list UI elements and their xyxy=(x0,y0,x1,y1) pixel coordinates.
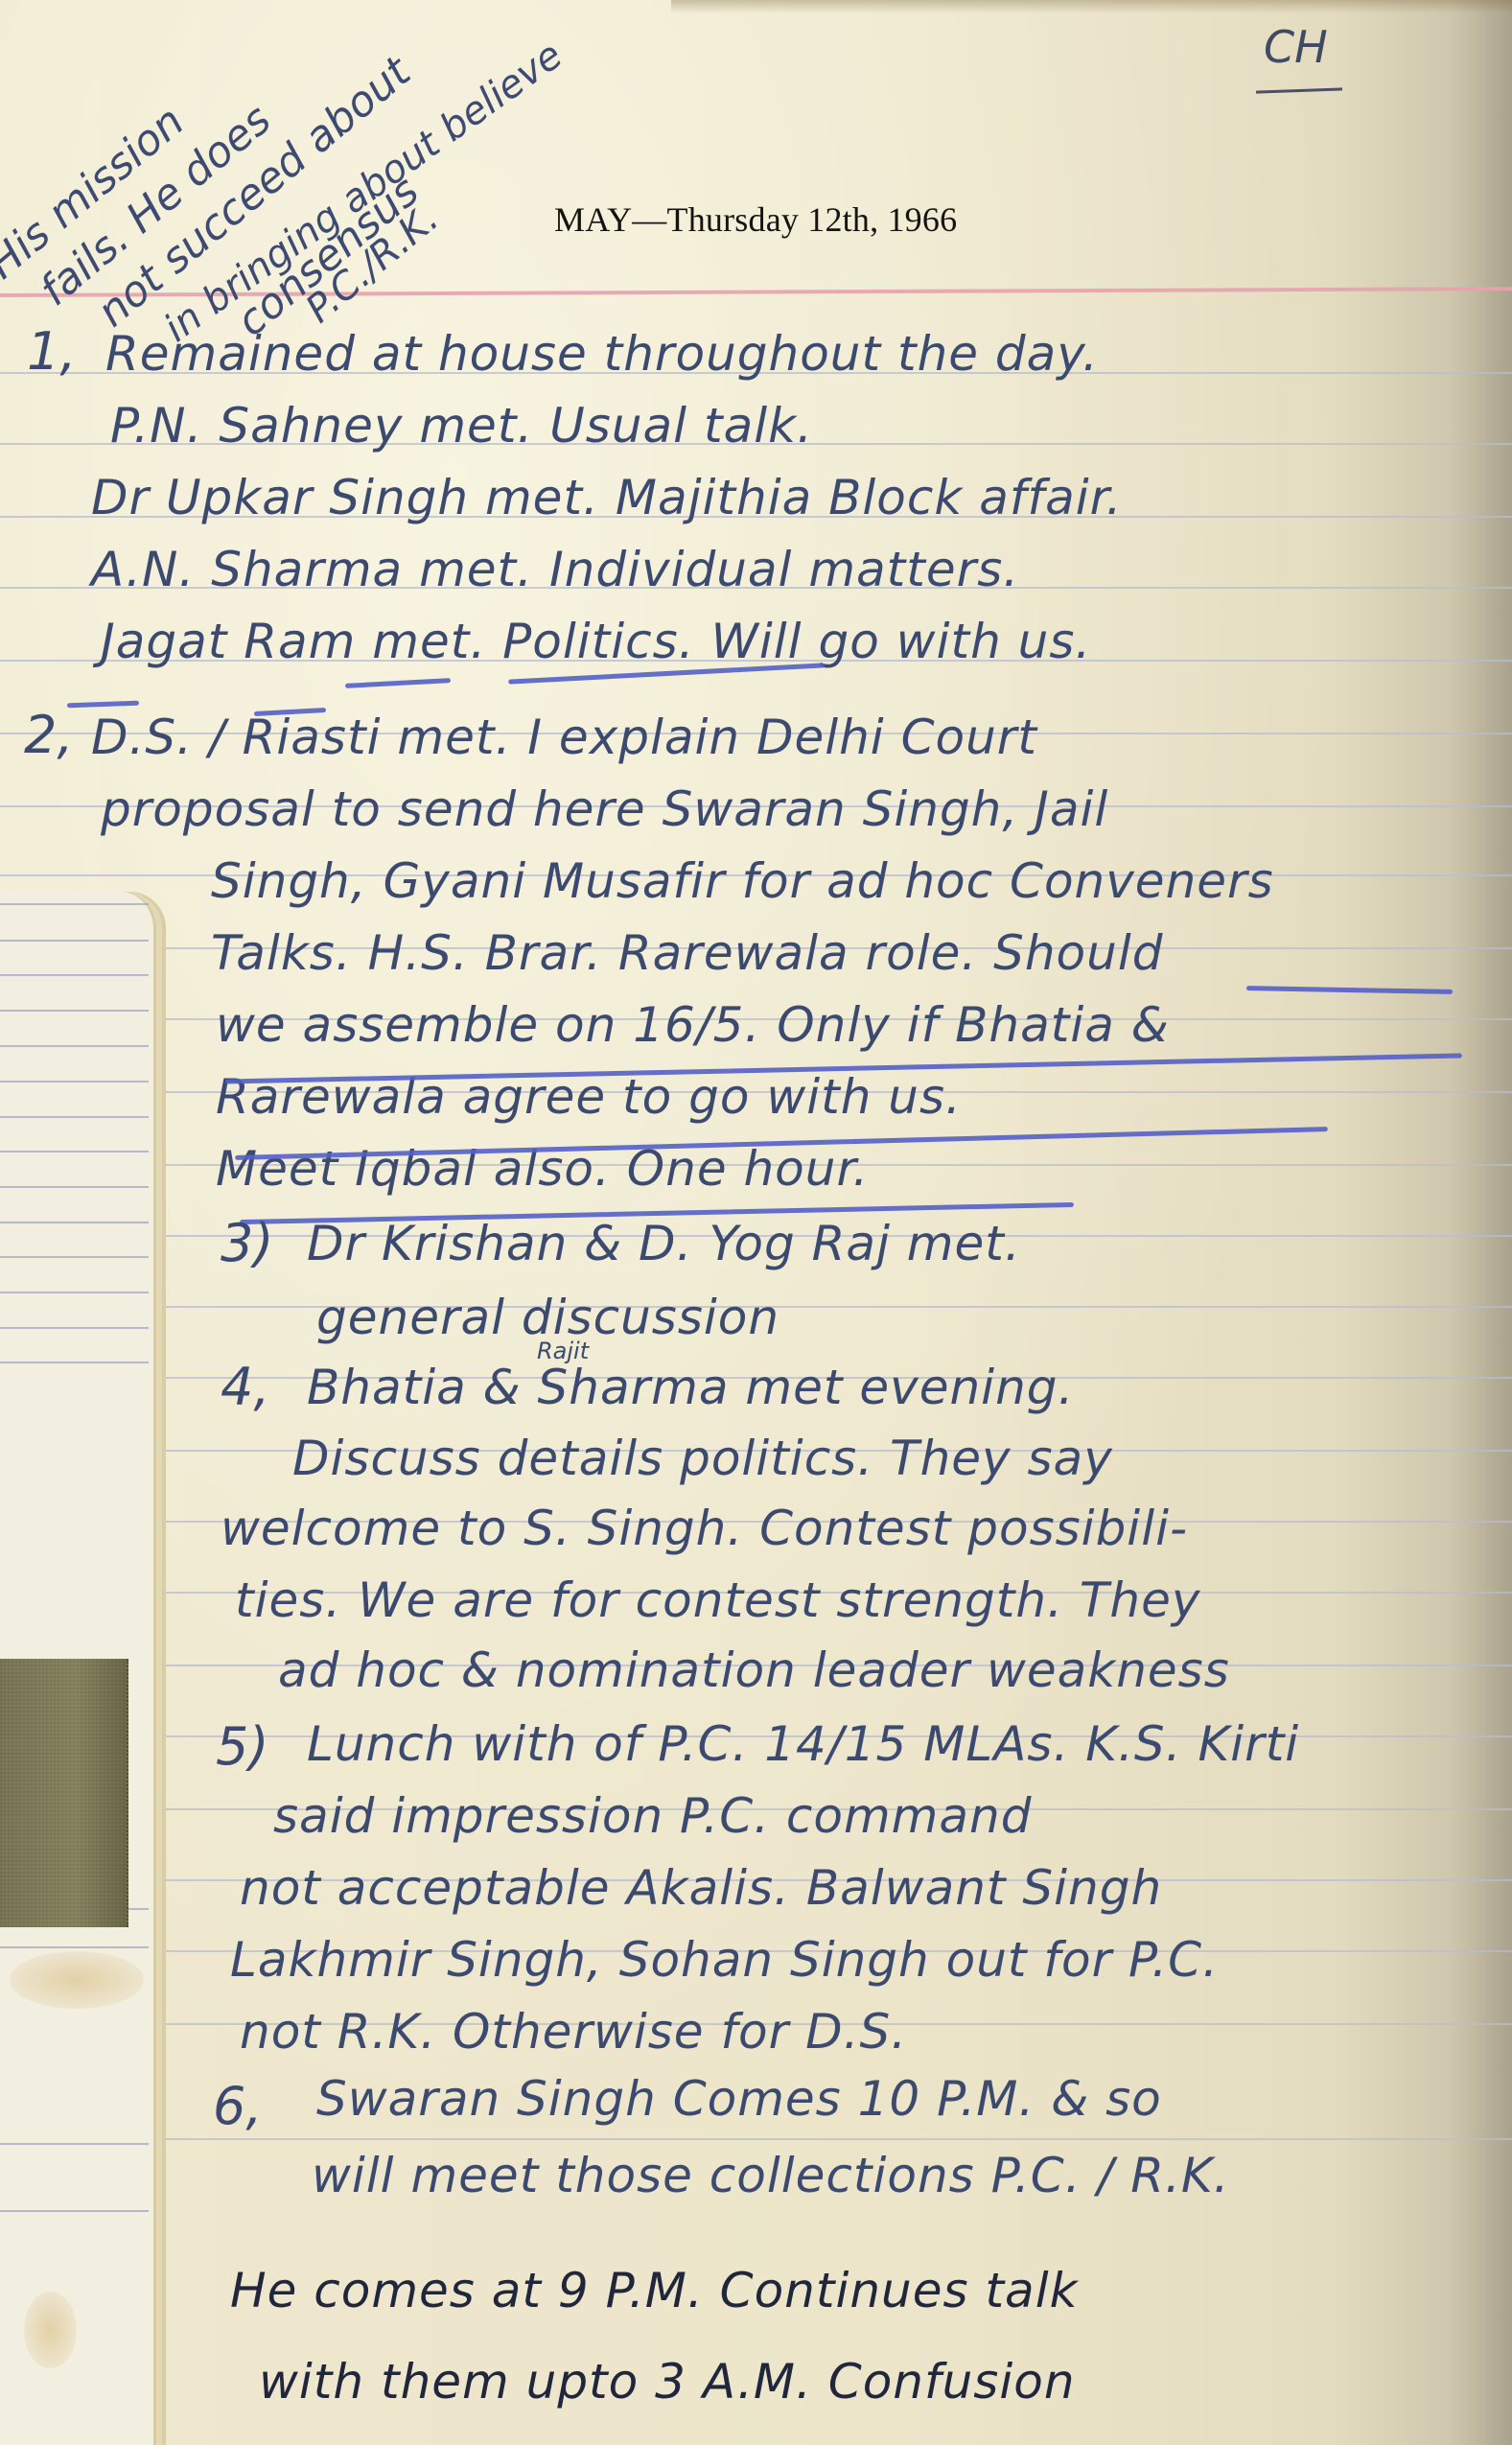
entry-number: 1, xyxy=(27,321,77,382)
entry-line: Swaran Singh Comes 10 P.M. & so xyxy=(316,2071,1162,2127)
printed-date-header: MAY—Thursday 12th, 1966 xyxy=(554,199,957,240)
entry-line: Lunch with of P.C. 14/15 MLAs. K.S. Kirt… xyxy=(307,1716,1299,1772)
entry-line: P.N. Sahney met. Usual talk. xyxy=(110,398,813,454)
closing-line: He comes at 9 P.M. Continues talk xyxy=(230,2263,1079,2318)
diary-page: CH MAY—Thursday 12th, 1966 His mission f… xyxy=(0,0,1512,2445)
entry-number: 2, xyxy=(24,705,74,765)
age-stain xyxy=(10,1951,144,2009)
entry-line: Remained at house throughout the day. xyxy=(105,326,1099,382)
entry-number: 3) xyxy=(221,1213,273,1273)
entry-line: Talks. H.S. Brar. Rarewala role. Should xyxy=(211,925,1163,981)
entry-line: Singh, Gyani Musafir for ad hoc Convener… xyxy=(211,853,1274,909)
entry-line: Lakhmir Singh, Sohan Singh out for P.C. xyxy=(230,1932,1219,1988)
closing-line: with them upto 3 A.M. Confusion xyxy=(259,2354,1076,2410)
entry-line: proposal to send here Swaran Singh, Jail xyxy=(101,781,1108,837)
entry-line: ties. We are for contest strength. They xyxy=(235,1572,1200,1628)
entry-line: Jagat Ram met. Politics. Will go with us… xyxy=(101,614,1091,669)
corner-mark: CH xyxy=(1264,21,1328,73)
entry-line: Discuss details politics. They say xyxy=(292,1431,1113,1486)
entry-line: A.N. Sharma met. Individual matters. xyxy=(91,542,1019,597)
entry-line: not R.K. Otherwise for D.S. xyxy=(240,2004,907,2060)
entry-line: said impression P.C. command xyxy=(273,1788,1032,1844)
entry-line: we assemble on 16/5. Only if Bhatia & xyxy=(216,997,1170,1053)
entry-line: Dr Krishan & D. Yog Raj met. xyxy=(307,1216,1021,1271)
entry-line: not acceptable Akalis. Balwant Singh xyxy=(240,1860,1162,1916)
entry-line: D.S. / Riasti met. I explain Delhi Court xyxy=(91,710,1037,765)
cloth-bookmark-tab xyxy=(0,1659,128,1927)
entry-line: Dr Upkar Singh met. Majithia Block affai… xyxy=(91,470,1122,525)
age-stain xyxy=(24,2292,77,2368)
entry-line: welcome to S. Singh. Contest possibili- xyxy=(221,1501,1188,1556)
entry-number: 4, xyxy=(221,1357,270,1417)
entry-line: will meet those collections P.C. / R.K. xyxy=(312,2148,1230,2203)
entry-number: 5) xyxy=(216,1716,268,1777)
entry-line: Bhatia & Sharma met evening. xyxy=(307,1360,1074,1415)
entry-line: ad hoc & nomination leader weakness xyxy=(278,1642,1230,1698)
entry-number: 6, xyxy=(213,2076,263,2136)
